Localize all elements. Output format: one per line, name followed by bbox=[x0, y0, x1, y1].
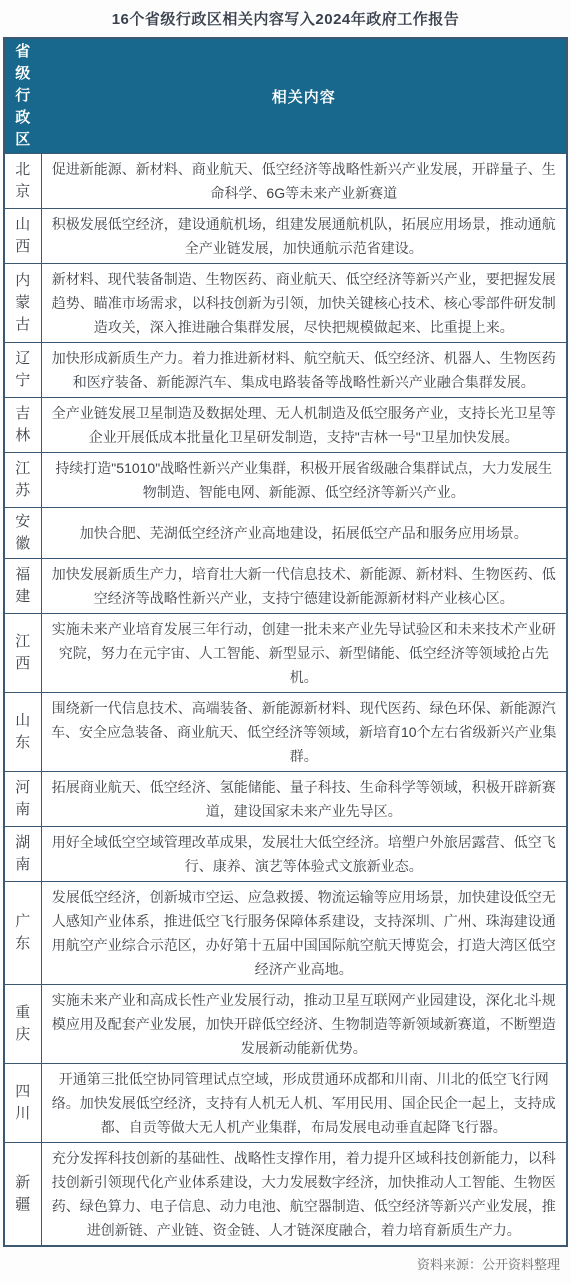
province-cell: 重庆 bbox=[4, 985, 41, 1064]
table-body: 北京 促进新能源、新材料、商业航天、低空经济等战略性新兴产业发展，开辟量子、生命… bbox=[4, 154, 567, 1247]
province-cell: 内蒙古 bbox=[4, 264, 41, 343]
content-cell: 加快发展新质生产力，培育壮大新一代信息技术、新能源、新材料、生物医药、低空经济等… bbox=[41, 559, 567, 614]
table-row-fujian: 福建 加快发展新质生产力，培育壮大新一代信息技术、新能源、新材料、生物医药、低空… bbox=[4, 559, 567, 614]
province-cell: 安徽 bbox=[4, 508, 41, 559]
table-row-shandong: 山东 围绕新一代信息技术、高端装备、新能源新材料、现代医药、绿色环保、新能源汽车… bbox=[4, 693, 567, 772]
content-cell: 用好全域低空空域管理改革成果，发展壮大低空经济。培塑户外旅居露营、低空飞行、康养… bbox=[41, 827, 567, 882]
province-cell: 山东 bbox=[4, 693, 41, 772]
content-cell: 发展低空经济，创新城市空运、应急救援、物流运输等应用场景，加快建设低空无人感知产… bbox=[41, 882, 567, 985]
table-row-shanxi: 山西 积极发展低空经济，建设通航机场，组建发展通航机队，拓展应用场景，推动通航全… bbox=[4, 209, 567, 264]
table-row-jiangsu: 江苏 持续打造"51010"战略性新兴产业集群，积极开展省级融合集群试点，大力发… bbox=[4, 453, 567, 508]
table-row-neimenggu: 内蒙古 新材料、现代装备制造、生物医药、商业航天、低空经济等新兴产业，要把握发展… bbox=[4, 264, 567, 343]
table-row-chongqing: 重庆 实施未来产业和高成长性产业发展行动，推动卫星互联网产业园建设，深化北斗规模… bbox=[4, 985, 567, 1064]
header-row: 省级行政区 相关内容 bbox=[4, 38, 567, 154]
content-cell: 开通第三批低空协同管理试点空域，形成贯通环成都和川南、川北的低空飞行网络。加快发… bbox=[41, 1064, 567, 1143]
province-cell: 广东 bbox=[4, 882, 41, 985]
table-row-anhui: 安徽 加快合肥、芜湖低空经济产业高地建设，拓展低空产品和服务应用场景。 bbox=[4, 508, 567, 559]
table-row-liaoning: 辽宁 加快形成新质生产力。着力推进新材料、航空航天、低空经济、机器人、生物医药和… bbox=[4, 343, 567, 398]
table-row-beijing: 北京 促进新能源、新材料、商业航天、低空经济等战略性新兴产业发展，开辟量子、生命… bbox=[4, 154, 567, 209]
province-cell: 湖南 bbox=[4, 827, 41, 882]
province-cell: 江苏 bbox=[4, 453, 41, 508]
province-cell: 江西 bbox=[4, 614, 41, 693]
content-cell: 拓展商业航天、低空经济、氢能储能、量子科技、生命科学等领域，积极开辟新赛道，建设… bbox=[41, 772, 567, 827]
content-cell: 新材料、现代装备制造、生物医药、商业航天、低空经济等新兴产业，要把握发展趋势、瞄… bbox=[41, 264, 567, 343]
province-cell: 北京 bbox=[4, 154, 41, 209]
province-cell: 福建 bbox=[4, 559, 41, 614]
provinces-table: 省级行政区 相关内容 北京 促进新能源、新材料、商业航天、低空经济等战略性新兴产… bbox=[3, 37, 568, 1247]
province-cell: 新疆 bbox=[4, 1143, 41, 1247]
province-cell: 辽宁 bbox=[4, 343, 41, 398]
province-cell: 河南 bbox=[4, 772, 41, 827]
content-cell: 实施未来产业培育发展三年行动，创建一批未来产业先导试验区和未来技术产业研究院，努… bbox=[41, 614, 567, 693]
content-cell: 持续打造"51010"战略性新兴产业集群，积极开展省级融合集群试点，大力发展生物… bbox=[41, 453, 567, 508]
table-row-guangdong: 广东 发展低空经济，创新城市空运、应急救援、物流运输等应用场景，加快建设低空无人… bbox=[4, 882, 567, 985]
data-source-note: 资料来源：公开资料整理 bbox=[3, 1247, 568, 1279]
province-cell: 吉林 bbox=[4, 398, 41, 453]
content-cell: 促进新能源、新材料、商业航天、低空经济等战略性新兴产业发展，开辟量子、生命科学、… bbox=[41, 154, 567, 209]
page-title: 16个省级行政区相关内容写入2024年政府工作报告 bbox=[3, 5, 568, 37]
content-cell: 积极发展低空经济，建设通航机场，组建发展通航机队，拓展应用场景，推动通航全产业链… bbox=[41, 209, 567, 264]
content-cell: 全产业链发展卫星制造及数据处理、无人机制造及低空服务产业，支持长光卫星等企业开展… bbox=[41, 398, 567, 453]
content-cell: 围绕新一代信息技术、高端装备、新能源新材料、现代医药、绿色环保、新能源汽车、安全… bbox=[41, 693, 567, 772]
table-row-hunan: 湖南 用好全域低空空域管理改革成果，发展壮大低空经济。培塑户外旅居露营、低空飞行… bbox=[4, 827, 567, 882]
province-cell: 山西 bbox=[4, 209, 41, 264]
table-row-jiangxi: 江西 实施未来产业培育发展三年行动，创建一批未来产业先导试验区和未来技术产业研究… bbox=[4, 614, 567, 693]
header-province-column: 省级行政区 bbox=[4, 38, 41, 154]
table-row-sichuan: 四川 开通第三批低空协同管理试点空域，形成贯通环成都和川南、川北的低空飞行网络。… bbox=[4, 1064, 567, 1143]
content-cell: 实施未来产业和高成长性产业发展行动，推动卫星互联网产业园建设，深化北斗规模应用及… bbox=[41, 985, 567, 1064]
table-row-henan: 河南 拓展商业航天、低空经济、氢能储能、量子科技、生命科学等领域，积极开辟新赛道… bbox=[4, 772, 567, 827]
report-table-page: 16个省级行政区相关内容写入2024年政府工作报告 省级行政区 相关内容 北京 … bbox=[0, 0, 571, 1283]
table-row-jilin: 吉林 全产业链发展卫星制造及数据处理、无人机制造及低空服务产业，支持长光卫星等企… bbox=[4, 398, 567, 453]
content-cell: 充分发挥科技创新的基础性、战略性支撑作用，着力提升区域科技创新能力，以科技创新引… bbox=[41, 1143, 567, 1247]
content-cell: 加快合肥、芜湖低空经济产业高地建设，拓展低空产品和服务应用场景。 bbox=[41, 508, 567, 559]
table-row-xinjiang: 新疆 充分发挥科技创新的基础性、战略性支撑作用，着力提升区域科技创新能力，以科技… bbox=[4, 1143, 567, 1247]
table-header: 省级行政区 相关内容 bbox=[4, 38, 567, 154]
header-content-column: 相关内容 bbox=[41, 38, 567, 154]
content-cell: 加快形成新质生产力。着力推进新材料、航空航天、低空经济、机器人、生物医药和医疗装… bbox=[41, 343, 567, 398]
province-cell: 四川 bbox=[4, 1064, 41, 1143]
